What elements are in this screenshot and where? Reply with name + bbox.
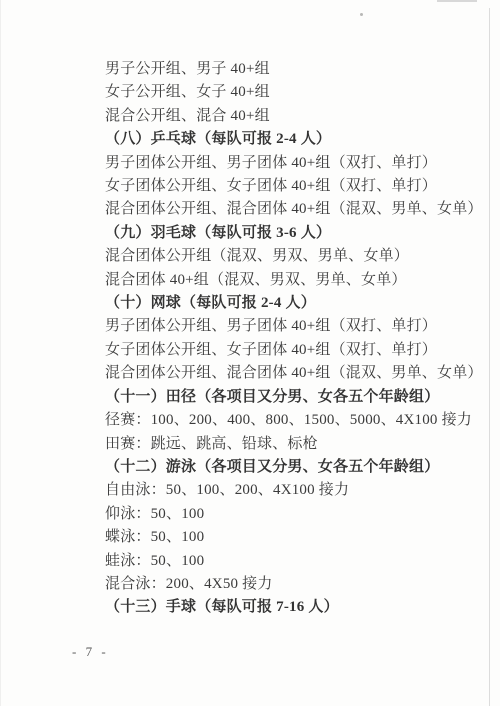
document-line: 混合团体公开组（混双、男双、男单、女单） xyxy=(105,245,475,268)
document-line: 男子团体公开组、男子团体 40+组（双打、单打） xyxy=(105,315,475,338)
document-line: 女子公开组、女子 40+组 xyxy=(105,81,475,104)
document-line: 混合公开组、混合 40+组 xyxy=(105,105,475,128)
document-line: 径赛：100、200、400、800、1500、5000、4X100 接力 xyxy=(105,409,475,432)
document-line: 蛙泳：50、100 xyxy=(105,550,475,573)
document-line: 女子团体公开组、女子团体 40+组（双打、单打） xyxy=(105,339,475,362)
page-number: - 7 - xyxy=(72,644,109,660)
document-line: 田赛：跳远、跳高、铅球、标枪 xyxy=(105,433,475,456)
scan-speck xyxy=(360,13,363,16)
document-line: 混合团体公开组、混合团体 40+组（混双、男单、女单） xyxy=(105,198,475,221)
document-line: 男子公开组、男子 40+组 xyxy=(105,58,475,81)
section-heading-line: （九）羽毛球（每队可报 3-6 人） xyxy=(105,222,475,245)
section-heading-line: （八）乒乓球（每队可报 2-4 人） xyxy=(105,128,475,151)
document-line: 男子团体公开组、男子团体 40+组（双打、单打） xyxy=(105,152,475,175)
section-heading-line: （十一）田径（各项目又分男、女各五个年龄组） xyxy=(105,386,475,409)
document-line: 蝶泳：50、100 xyxy=(105,526,475,549)
document-line: 自由泳：50、100、200、4X100 接力 xyxy=(105,479,475,502)
section-heading-line: （十二）游泳（各项目又分男、女各五个年龄组） xyxy=(105,456,475,479)
document-line: 女子团体公开组、女子团体 40+组（双打、单打） xyxy=(105,175,475,198)
scan-edge-top xyxy=(437,0,477,2)
scanned-document-page: { "colors": { "page_background": "#fdfdf… xyxy=(0,0,500,706)
scan-edge-left xyxy=(0,0,1,706)
scan-edge-right xyxy=(489,8,490,706)
document-line: 混合团体 40+组（混双、男双、男单、女单） xyxy=(105,269,475,292)
section-heading-line: （十三）手球（每队可报 7-16 人） xyxy=(105,596,475,619)
document-line: 仰泳：50、100 xyxy=(105,503,475,526)
document-body: 男子公开组、男子 40+组女子公开组、女子 40+组混合公开组、混合 40+组（… xyxy=(105,58,475,620)
section-heading-line: （十）网球（每队可报 2-4 人） xyxy=(105,292,475,315)
document-line: 混合泳：200、4X50 接力 xyxy=(105,573,475,596)
document-line: 混合团体公开组、混合团体 40+组（混双、男单、女单） xyxy=(105,362,475,385)
